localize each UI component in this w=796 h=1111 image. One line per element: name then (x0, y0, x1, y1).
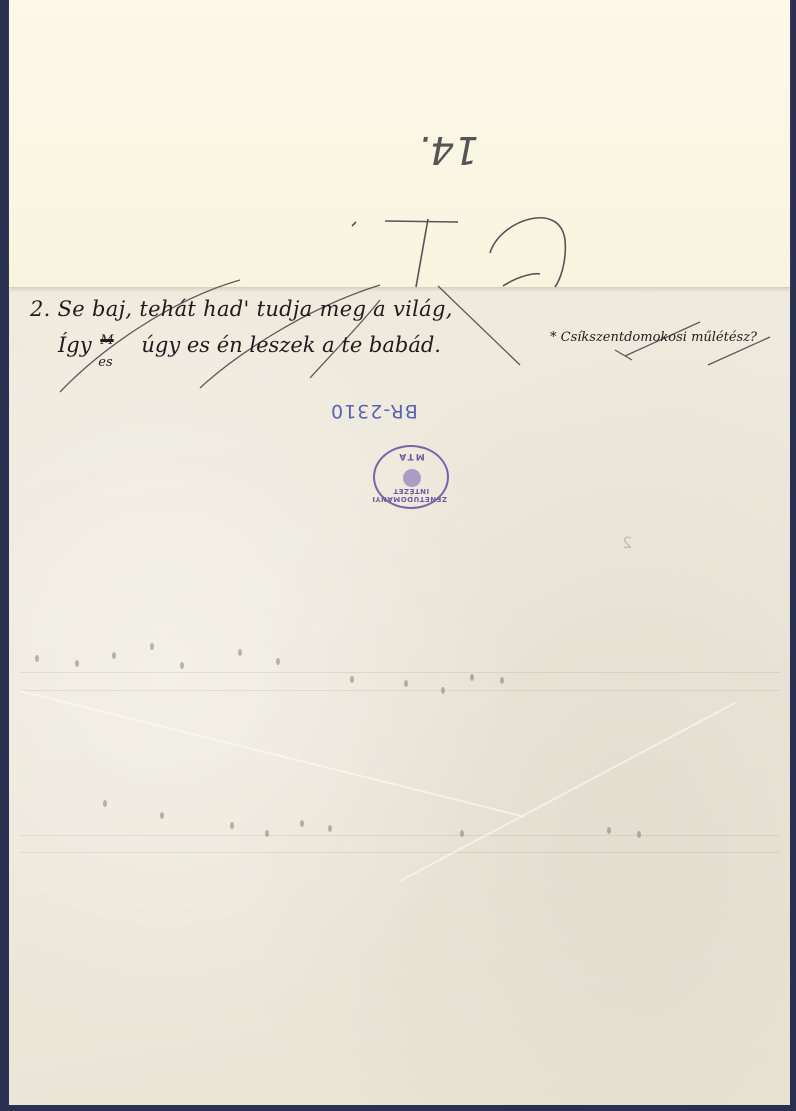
crossed-out-word: M (100, 333, 113, 348)
lyric-line-2: Így M es úgy es én leszek a te babád. (58, 333, 441, 357)
stamp-mta-text: MTA (375, 451, 447, 461)
footnote-annotation: * Csíkszentdomokosi műlétész? (550, 330, 757, 345)
bleed-staff-line (20, 835, 780, 836)
bleed-note (230, 822, 234, 829)
bleed-note (180, 662, 184, 669)
bleed-note (265, 830, 269, 837)
bleed-number: 2 (622, 533, 632, 552)
bleed-note (637, 831, 641, 838)
bleed-note (112, 652, 116, 659)
bleed-note (103, 800, 107, 807)
bleed-note (75, 660, 79, 667)
inserted-word: es (98, 355, 112, 370)
bleed-note (276, 658, 280, 665)
bleed-staff-line (20, 672, 780, 673)
bleed-note (441, 687, 445, 694)
bleed-staff-line (20, 690, 780, 691)
bleed-note (160, 812, 164, 819)
bleed-note (500, 677, 504, 684)
lyric-line-2-rest: úgy es én leszek a te babád. (141, 333, 441, 357)
archive-stamp: ZENETUDOMÁNYI INTÉZET MTA (373, 445, 449, 509)
bleed-note (350, 676, 354, 683)
bleed-note (150, 643, 154, 650)
bleed-note (238, 649, 242, 656)
bleed-note (607, 827, 611, 834)
bleed-note (35, 655, 39, 662)
crest-icon (403, 469, 421, 487)
bleed-note (300, 820, 304, 827)
lyric-line-2-prefix: Így (58, 333, 92, 357)
bleed-note (470, 674, 474, 681)
top-flap (9, 0, 790, 288)
bleed-note (328, 825, 332, 832)
bleed-note (404, 680, 408, 687)
bleed-note (460, 830, 464, 837)
pencil-page-number: 14. (418, 128, 478, 172)
shelfmark-label: BR-2310 (330, 400, 418, 422)
bleed-staff-line (20, 852, 780, 853)
stamp-institute-text: ZENETUDOMÁNYI INTÉZET (375, 487, 447, 503)
lyric-line-1: 2. Se baj, tehát had' tudja meg a világ, (30, 297, 453, 321)
